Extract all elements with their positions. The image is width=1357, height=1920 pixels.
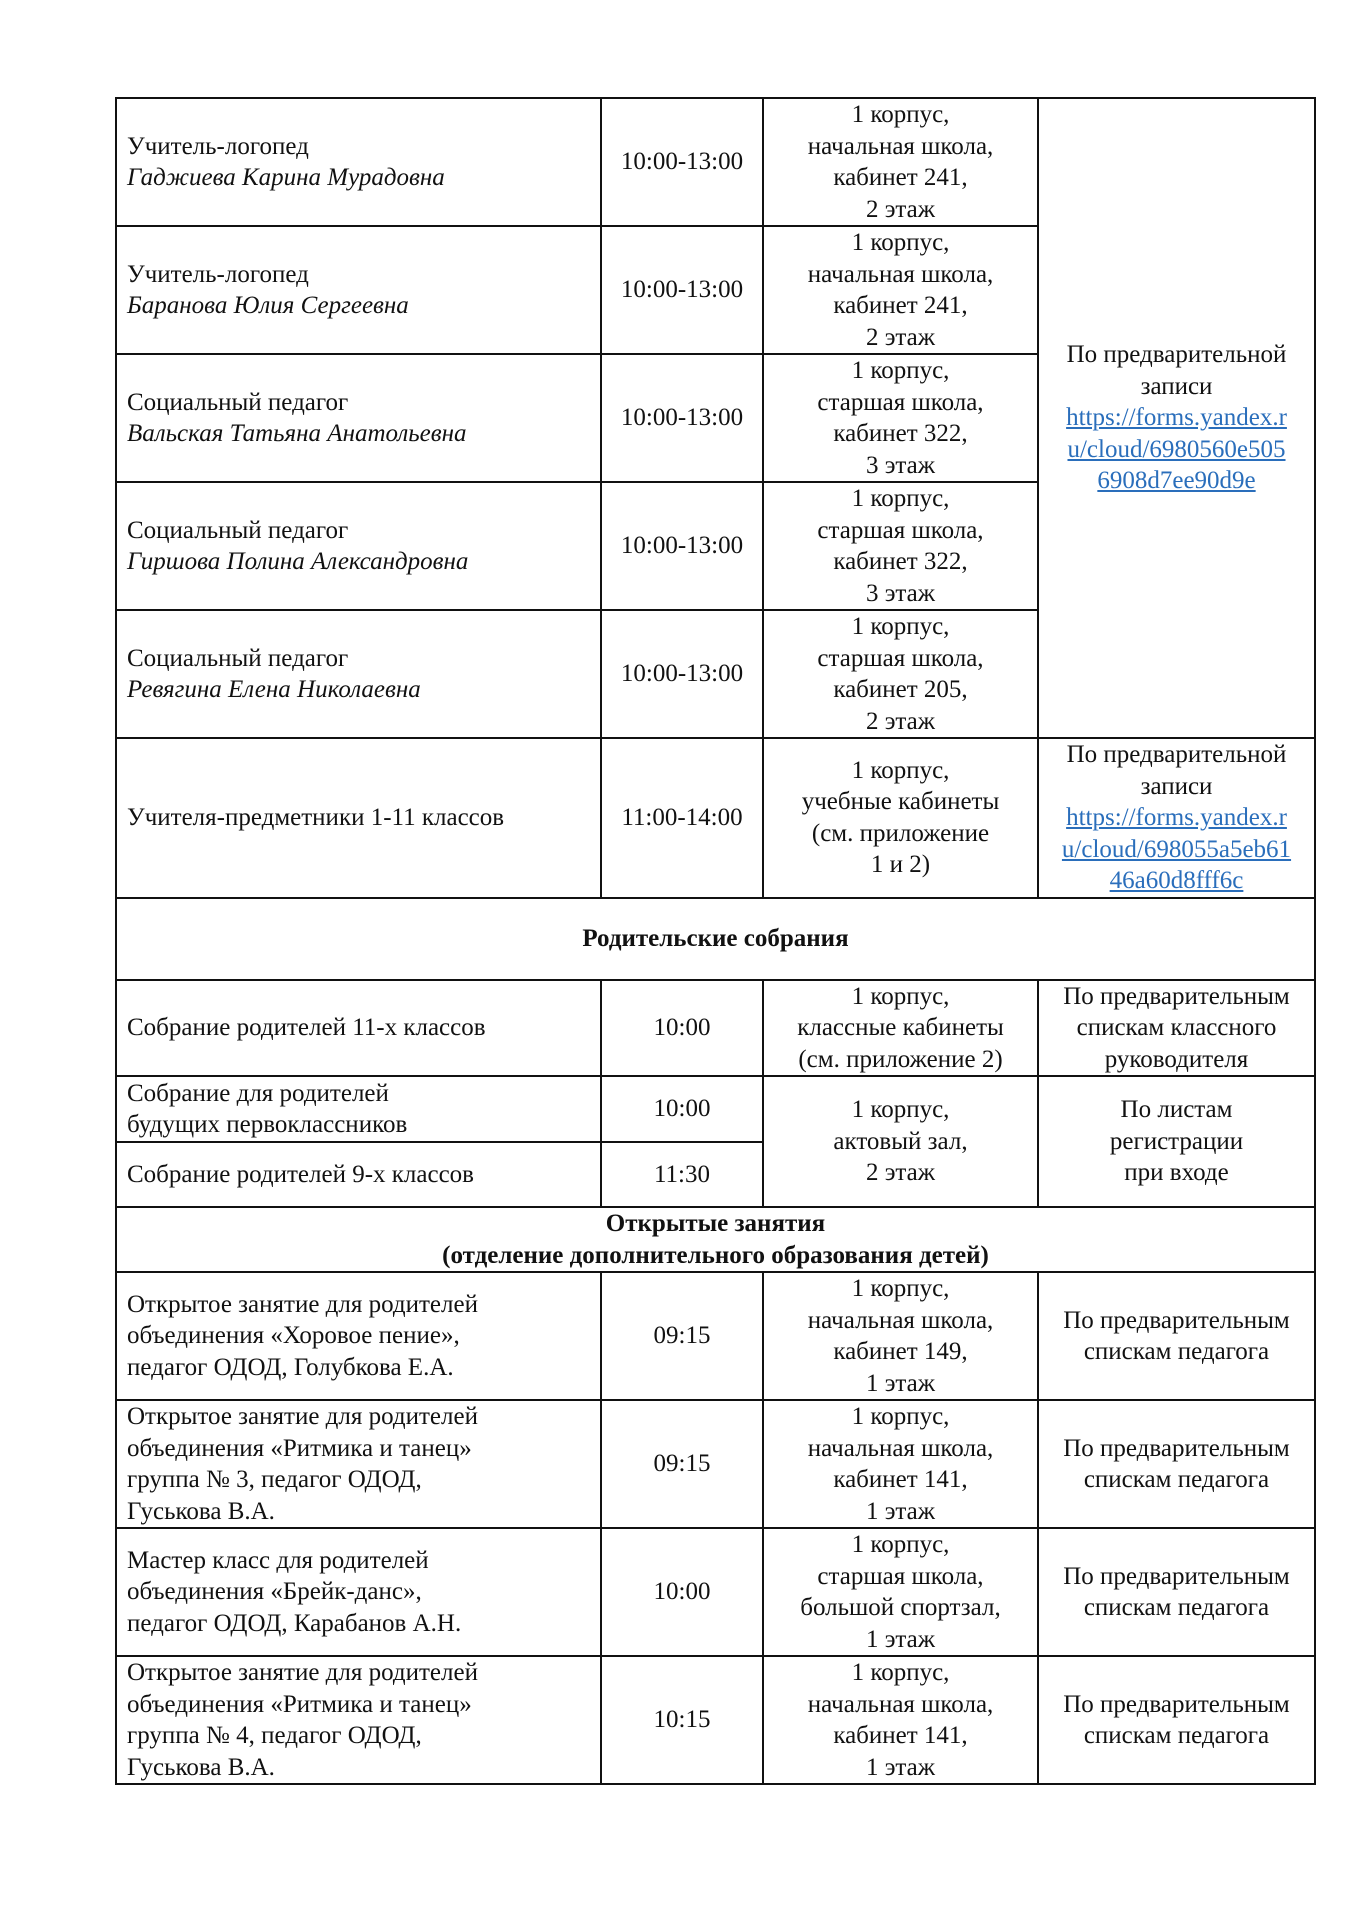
location-cell: 1 корпус, актовый зал, 2 этаж (763, 1076, 1038, 1207)
location-line: кабинет 241, (774, 162, 1027, 194)
title-line: группа № 4, педагог ОДОД, (127, 1720, 590, 1752)
specialist-cell: Социальный педагог Вальская Татьяна Анат… (116, 354, 601, 482)
registration-text: По листам (1049, 1094, 1304, 1126)
location-line: 1 корпус, (774, 1094, 1027, 1126)
link-line[interactable]: 46a60d8fff6c (1049, 865, 1304, 897)
table-row: Открытое занятие для родителей объединен… (116, 1656, 1315, 1784)
time-cell: 10:00 (601, 1076, 763, 1142)
location-line: начальная школа, (774, 131, 1027, 163)
time-cell: 10:00-13:00 (601, 98, 763, 226)
registration-cell: По предварительным спискам педагога (1038, 1528, 1315, 1656)
location-line: кабинет 141, (774, 1464, 1027, 1496)
location-line: кабинет 205, (774, 674, 1027, 706)
specialist-cell: Социальный педагог Ревягина Елена Никола… (116, 610, 601, 738)
specialist-name: Гаджиева Карина Мурадовна (127, 162, 590, 194)
table-row: Учитель-логопед Гаджиева Карина Мурадовн… (116, 98, 1315, 226)
specialist-role: Социальный педагог (127, 515, 590, 547)
title-line: объединения «Хоровое пение», (127, 1320, 590, 1352)
time-cell: 09:15 (601, 1272, 763, 1400)
time-cell: 10:00-13:00 (601, 482, 763, 610)
meeting-title: Собрание родителей 11-х классов (116, 980, 601, 1077)
section-header-row: Открытые занятия (отделение дополнительн… (116, 1207, 1315, 1272)
location-line: 1 этаж (774, 1624, 1027, 1656)
location-line: 1 корпус, (774, 755, 1027, 787)
specialist-name: Вальская Татьяна Анатольевна (127, 418, 590, 450)
time-cell: 10:00 (601, 980, 763, 1077)
location-line: начальная школа, (774, 1305, 1027, 1337)
specialist-role: Учитель-логопед (127, 259, 590, 291)
lesson-title: Мастер класс для родителей объединения «… (116, 1528, 601, 1656)
title-line: Гуськова В.А. (127, 1752, 590, 1784)
time-cell: 11:00-14:00 (601, 738, 763, 898)
time-cell: 10:00-13:00 (601, 354, 763, 482)
registration-link[interactable]: https://forms.yandex.r u/cloud/6980560e5… (1049, 402, 1304, 497)
location-line: начальная школа, (774, 1433, 1027, 1465)
title-line: Открытое занятие для родителей (127, 1289, 590, 1321)
location-line: 1 корпус, (774, 1657, 1027, 1689)
title-line: Гуськова В.А. (127, 1496, 590, 1528)
table-row: Мастер класс для родителей объединения «… (116, 1528, 1315, 1656)
registration-text: записи (1049, 371, 1304, 403)
registration-text: По предварительной (1049, 739, 1304, 771)
location-line: 3 этаж (774, 578, 1027, 610)
registration-cell: По предварительной записи https://forms.… (1038, 738, 1315, 898)
location-line: 1 корпус, (774, 99, 1027, 131)
location-line: 2 этаж (774, 1157, 1027, 1189)
registration-text: По предварительным (1049, 1689, 1304, 1721)
link-line[interactable]: u/cloud/698055a5eb61 (1049, 834, 1304, 866)
registration-text: спискам педагога (1049, 1336, 1304, 1368)
location-line: 1 корпус, (774, 611, 1027, 643)
registration-cell: По предварительным спискам педагога (1038, 1272, 1315, 1400)
location-line: старшая школа, (774, 643, 1027, 675)
title-line: Мастер класс для родителей (127, 1545, 590, 1577)
location-line: старшая школа, (774, 1561, 1027, 1593)
registration-text: По предварительной (1049, 339, 1304, 371)
location-line: 1 корпус, (774, 1273, 1027, 1305)
location-line: учебные кабинеты (774, 786, 1027, 818)
location-line: 1 корпус, (774, 355, 1027, 387)
location-cell: 1 корпус, начальная школа, кабинет 141, … (763, 1400, 1038, 1528)
time-cell: 09:15 (601, 1400, 763, 1528)
title-line: Открытое занятие для родителей (127, 1401, 590, 1433)
table-row: Собрание для родителей будущих первоклас… (116, 1076, 1315, 1142)
registration-text: руководителя (1049, 1044, 1304, 1076)
table-row: Учителя-предметники 1-11 классов 11:00-1… (116, 738, 1315, 898)
location-cell: 1 корпус, старшая школа, кабинет 322, 3 … (763, 482, 1038, 610)
registration-text: спискам педагога (1049, 1464, 1304, 1496)
location-cell: 1 корпус, начальная школа, кабинет 241, … (763, 226, 1038, 354)
location-cell: 1 корпус, начальная школа, кабинет 149, … (763, 1272, 1038, 1400)
location-line: 1 этаж (774, 1496, 1027, 1528)
registration-cell: По листам регистрации при входе (1038, 1076, 1315, 1207)
registration-text: записи (1049, 771, 1304, 803)
title-line: объединения «Брейк-данс», (127, 1576, 590, 1608)
section-header-row: Родительские собрания (116, 898, 1315, 980)
location-cell: 1 корпус, старшая школа, кабинет 205, 2 … (763, 610, 1038, 738)
section-title-line: Открытые занятия (127, 1208, 1304, 1240)
location-line: 1 корпус, (774, 981, 1027, 1013)
table-row: Открытое занятие для родителей объединен… (116, 1400, 1315, 1528)
meeting-title: Собрание для родителей будущих первоклас… (116, 1076, 601, 1142)
registration-cell: По предварительным спискам педагога (1038, 1400, 1315, 1528)
time-cell: 10:00-13:00 (601, 610, 763, 738)
location-line: 3 этаж (774, 450, 1027, 482)
location-cell: 1 корпус, классные кабинеты (см. приложе… (763, 980, 1038, 1077)
specialist-name: Баранова Юлия Сергеевна (127, 290, 590, 322)
registration-text: По предварительным (1049, 1305, 1304, 1337)
specialist-cell: Учитель-логопед Баранова Юлия Сергеевна (116, 226, 601, 354)
link-line[interactable]: https://forms.yandex.r (1049, 802, 1304, 834)
specialist-role: Социальный педагог (127, 643, 590, 675)
time-cell: 10:00-13:00 (601, 226, 763, 354)
location-cell: 1 корпус, начальная школа, кабинет 241, … (763, 98, 1038, 226)
table-row: Собрание родителей 11-х классов 10:00 1 … (116, 980, 1315, 1077)
section-title-open-lessons: Открытые занятия (отделение дополнительн… (116, 1207, 1315, 1272)
time-cell: 10:00 (601, 1528, 763, 1656)
location-line: 2 этаж (774, 194, 1027, 226)
registration-cell: По предварительной записи https://forms.… (1038, 98, 1315, 738)
title-line: педагог ОДОД, Карабанов А.Н. (127, 1608, 590, 1640)
location-line: кабинет 149, (774, 1336, 1027, 1368)
lesson-title: Открытое занятие для родителей объединен… (116, 1400, 601, 1528)
title-line: Открытое занятие для родителей (127, 1657, 590, 1689)
registration-cell: По предварительным спискам классного рук… (1038, 980, 1315, 1077)
registration-text: при входе (1049, 1157, 1304, 1189)
title-line: объединения «Ритмика и танец» (127, 1689, 590, 1721)
specialist-role: Социальный педагог (127, 387, 590, 419)
location-line: актовый зал, (774, 1126, 1027, 1158)
lesson-title: Открытое занятие для родителей объединен… (116, 1656, 601, 1784)
time-cell: 11:30 (601, 1142, 763, 1207)
title-line: будущих первоклассников (127, 1109, 590, 1141)
location-line: кабинет 322, (774, 546, 1027, 578)
registration-text: спискам педагога (1049, 1720, 1304, 1752)
location-line: (см. приложение (774, 818, 1027, 850)
meeting-title: Собрание родителей 9-х классов (116, 1142, 601, 1207)
location-line: 1 этаж (774, 1368, 1027, 1400)
location-line: 1 корпус, (774, 1529, 1027, 1561)
registration-text: По предварительным (1049, 1433, 1304, 1465)
location-cell: 1 корпус, старшая школа, большой спортза… (763, 1528, 1038, 1656)
location-line: кабинет 322, (774, 418, 1027, 450)
location-line: старшая школа, (774, 515, 1027, 547)
title-line: объединения «Ритмика и танец» (127, 1433, 590, 1465)
specialist-cell: Социальный педагог Гиршова Полина Алекса… (116, 482, 601, 610)
registration-text: По предварительным (1049, 1561, 1304, 1593)
location-line: (см. приложение 2) (774, 1044, 1027, 1076)
location-line: большой спортзал, (774, 1592, 1027, 1624)
title-line: Собрание для родителей (127, 1078, 590, 1110)
location-line: 2 этаж (774, 322, 1027, 354)
location-line: 2 этаж (774, 706, 1027, 738)
title-line: педагог ОДОД, Голубкова Е.А. (127, 1352, 590, 1384)
link-line[interactable]: https://forms.yandex.r (1049, 402, 1304, 434)
location-line: 1 этаж (774, 1752, 1027, 1784)
registration-text: спискам классного (1049, 1012, 1304, 1044)
section-title-line: (отделение дополнительного образования д… (127, 1240, 1304, 1272)
registration-text: спискам педагога (1049, 1592, 1304, 1624)
location-line: кабинет 241, (774, 290, 1027, 322)
registration-cell: По предварительным спискам педагога (1038, 1656, 1315, 1784)
location-line: старшая школа, (774, 387, 1027, 419)
location-cell: 1 корпус, старшая школа, кабинет 322, 3 … (763, 354, 1038, 482)
registration-text: По предварительным (1049, 981, 1304, 1013)
location-line: начальная школа, (774, 259, 1027, 291)
link-line[interactable]: 6908d7ee90d9e (1049, 465, 1304, 497)
location-line: 1 и 2) (774, 849, 1027, 881)
schedule-table: Учитель-логопед Гаджиева Карина Мурадовн… (115, 97, 1316, 1785)
registration-link[interactable]: https://forms.yandex.r u/cloud/698055a5e… (1049, 802, 1304, 897)
table-row: Открытое занятие для родителей объединен… (116, 1272, 1315, 1400)
specialist-role: Учитель-логопед (127, 131, 590, 163)
location-cell: 1 корпус, начальная школа, кабинет 141, … (763, 1656, 1038, 1784)
time-cell: 10:15 (601, 1656, 763, 1784)
location-line: классные кабинеты (774, 1012, 1027, 1044)
location-cell: 1 корпус, учебные кабинеты (см. приложен… (763, 738, 1038, 898)
specialist-cell: Учитель-логопед Гаджиева Карина Мурадовн… (116, 98, 601, 226)
specialist-name: Гиршова Полина Александровна (127, 546, 590, 578)
title-line: группа № 3, педагог ОДОД, (127, 1464, 590, 1496)
registration-text: регистрации (1049, 1126, 1304, 1158)
lesson-title: Открытое занятие для родителей объединен… (116, 1272, 601, 1400)
location-line: начальная школа, (774, 1689, 1027, 1721)
link-line[interactable]: u/cloud/6980560e505 (1049, 434, 1304, 466)
location-line: 1 корпус, (774, 1401, 1027, 1433)
location-line: 1 корпус, (774, 227, 1027, 259)
specialist-name: Ревягина Елена Николаевна (127, 674, 590, 706)
location-line: 1 корпус, (774, 483, 1027, 515)
section-title-parent-meetings: Родительские собрания (116, 898, 1315, 980)
subject-teachers-title: Учителя-предметники 1-11 классов (116, 738, 601, 898)
location-line: кабинет 141, (774, 1720, 1027, 1752)
